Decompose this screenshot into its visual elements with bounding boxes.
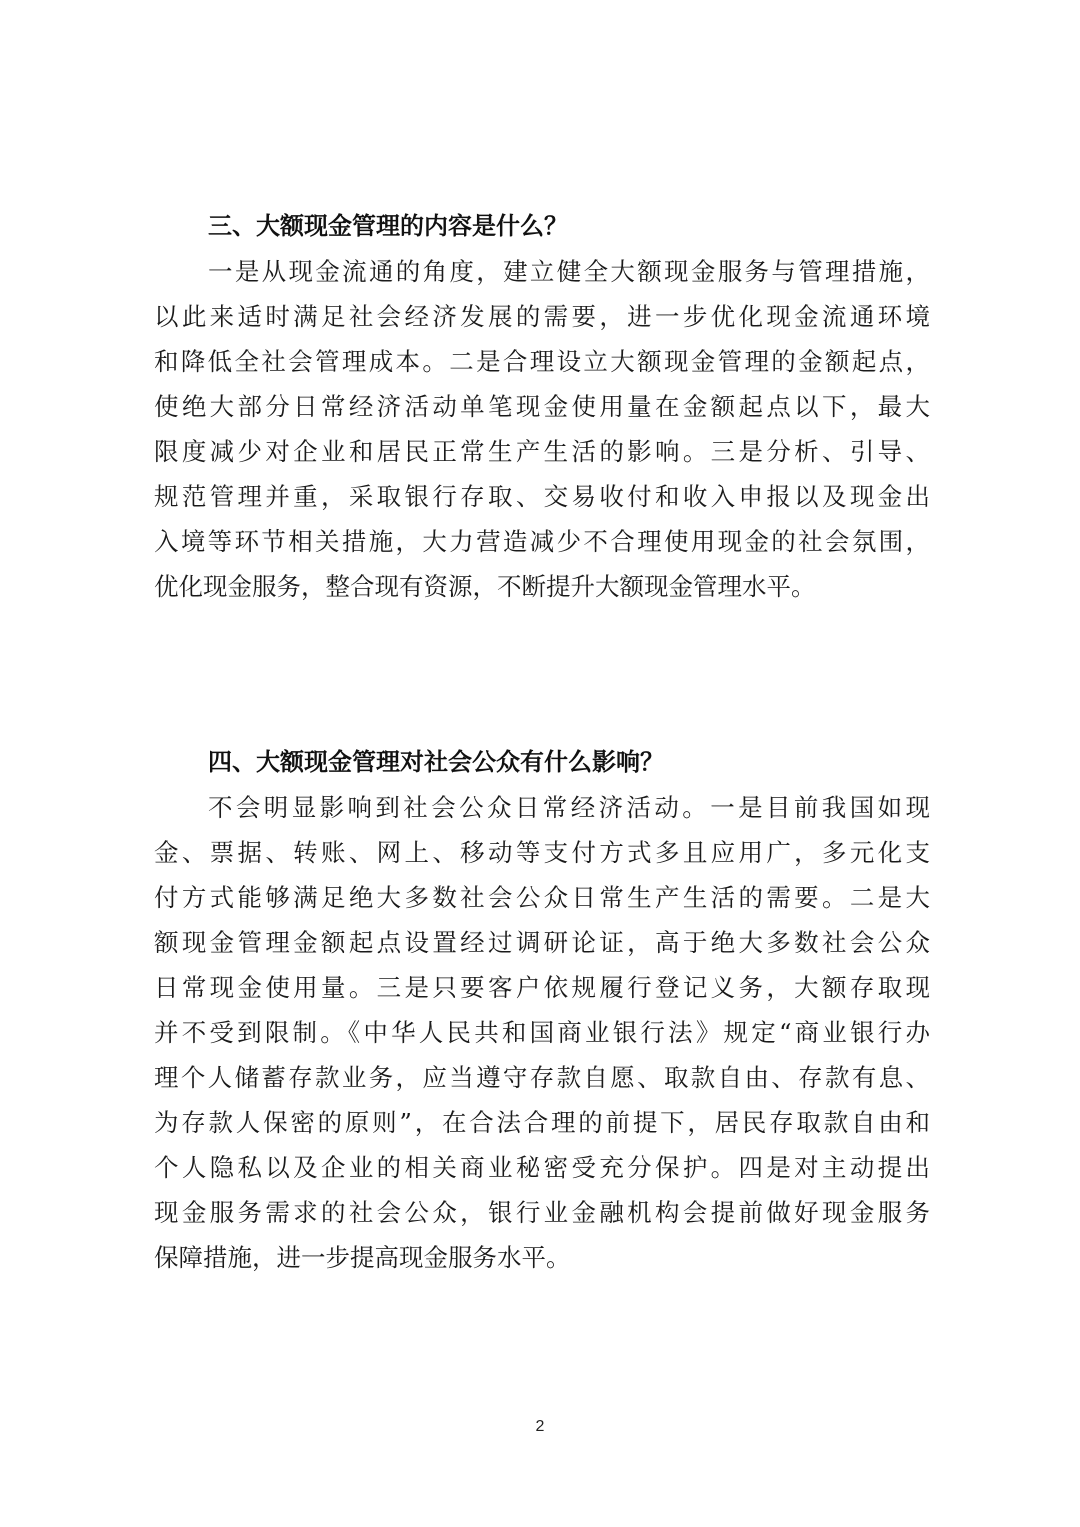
paragraph-line: 额现金管理金额起点设置经过调研论证，高于绝大多数社会公众 [154, 920, 930, 965]
paragraph-line: 现金服务需求的社会公众，银行业金融机构会提前做好现金服务 [154, 1190, 930, 1235]
paragraph-line: 入境等环节相关措施，大力营造减少不合理使用现金的社会氛围， [154, 519, 930, 564]
paragraph-line: 为存款人保密的原则”，在合法合理的前提下，居民存取款自由和 [154, 1100, 930, 1145]
paragraph-line: 不会明显影响到社会公众日常经济活动。一是目前我国如现 [154, 785, 930, 830]
paragraph-line: 以此来适时满足社会经济发展的需要，进一步优化现金流通环境 [154, 294, 930, 339]
document-page: 三、大额现金管理的内容是什么？ 一是从现金流通的角度，建立健全大额现金服务与管理… [0, 0, 1080, 1527]
section-heading: 四、大额现金管理对社会公众有什么影响？ [154, 740, 930, 785]
paragraph-line: 限度减少对企业和居民正常生产生活的影响。三是分析、引导、 [154, 429, 930, 474]
paragraph-line: 一是从现金流通的角度，建立健全大额现金服务与管理措施， [154, 249, 930, 294]
section-heading: 三、大额现金管理的内容是什么？ [154, 204, 930, 249]
paragraph-line: 个人隐私以及企业的相关商业秘密受充分保护。四是对主动提出 [154, 1145, 930, 1190]
paragraph-line: 并不受到限制。《中华人民共和国商业银行法》规定“商业银行办 [154, 1010, 930, 1055]
paragraph-line: 日常现金使用量。三是只要客户依规履行登记义务，大额存取现 [154, 965, 930, 1010]
page-number: 2 [520, 1418, 560, 1436]
paragraph-line: 和降低全社会管理成本。二是合理设立大额现金管理的金额起点， [154, 339, 930, 384]
paragraph-line: 使绝大部分日常经济活动单笔现金使用量在金额起点以下，最大 [154, 384, 930, 429]
paragraph-line: 规范管理并重，采取银行存取、交易收付和收入申报以及现金出 [154, 474, 930, 519]
paragraph-line: 优化现金服务，整合现有资源，不断提升大额现金管理水平。 [154, 564, 930, 609]
paragraph-line: 金、票据、转账、网上、移动等支付方式多且应用广，多元化支 [154, 830, 930, 875]
paragraph-line: 保障措施，进一步提高现金服务水平。 [154, 1235, 930, 1280]
section-4: 四、大额现金管理对社会公众有什么影响？ 不会明显影响到社会公众日常经济活动。一是… [154, 740, 930, 1280]
section-3: 三、大额现金管理的内容是什么？ 一是从现金流通的角度，建立健全大额现金服务与管理… [154, 204, 930, 609]
paragraph-line: 理个人储蓄存款业务，应当遵守存款自愿、取款自由、存款有息、 [154, 1055, 930, 1100]
paragraph-line: 付方式能够满足绝大多数社会公众日常生产生活的需要。二是大 [154, 875, 930, 920]
